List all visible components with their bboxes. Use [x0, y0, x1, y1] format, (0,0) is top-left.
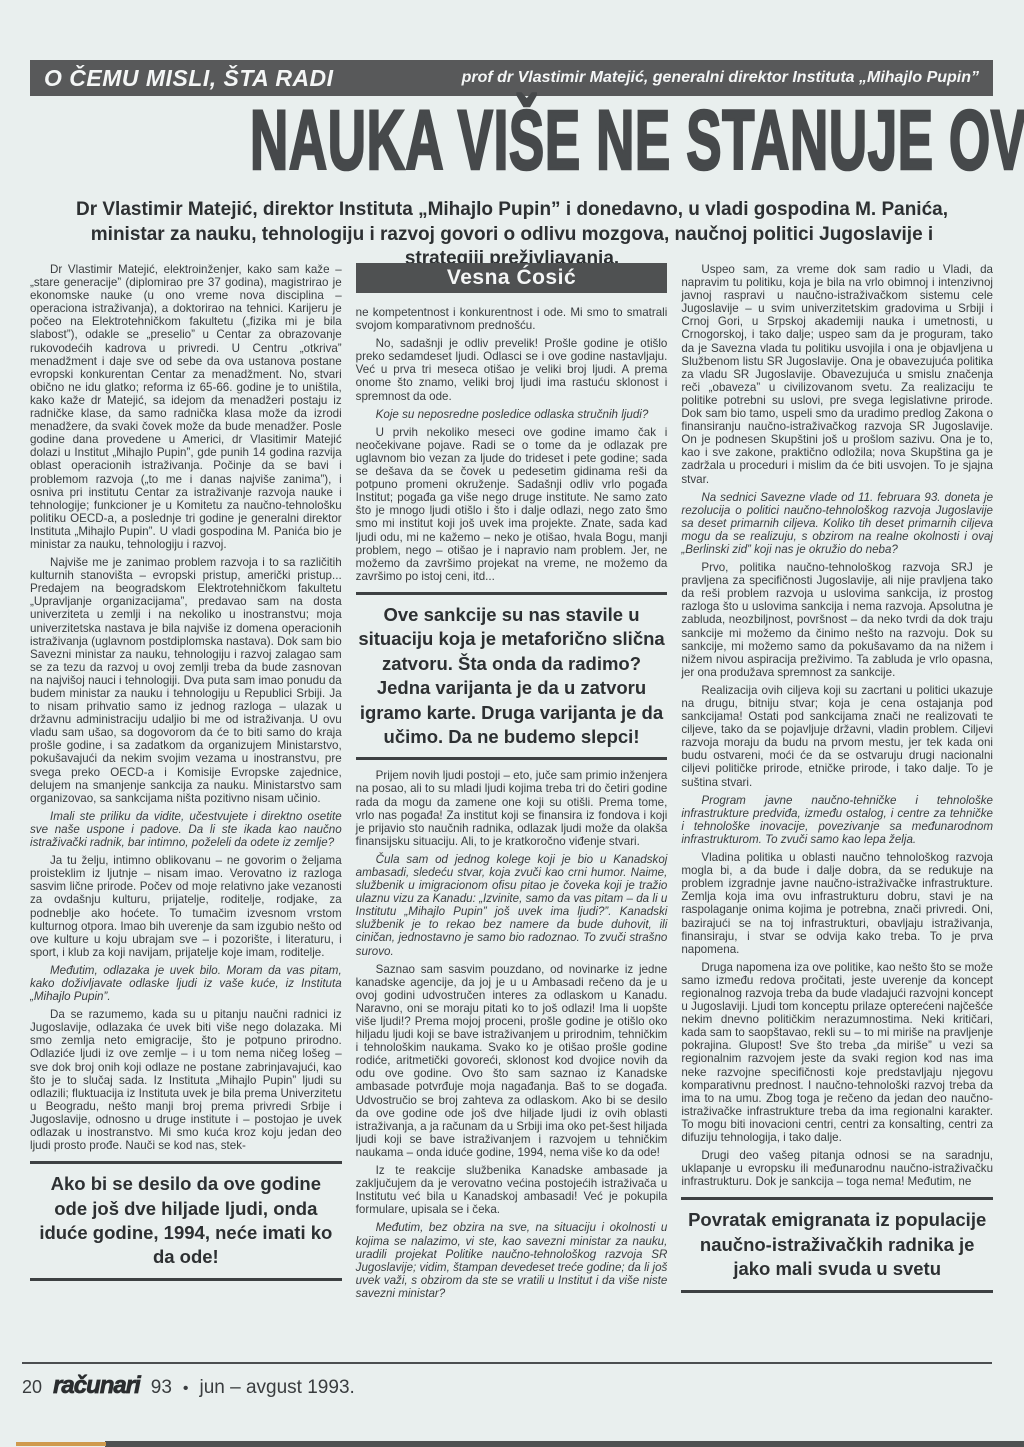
issue-date: jun – avgust 1993.: [200, 1377, 355, 1399]
pull-quote: Ako bi se desilo da ove godine ode još d…: [30, 1161, 342, 1281]
issue-number: 93: [151, 1377, 172, 1399]
interview-question: Koje su neposredne posledice odlaska str…: [356, 408, 668, 421]
bullet-separator: •: [183, 1380, 189, 1398]
pull-quote: Ove sankcije su nas stavile u situaciju …: [356, 592, 668, 760]
magazine-page-scan: O ČEMU MISLI, ŠTA RADI prof dr Vlastimir…: [0, 0, 1024, 1447]
page-footer: 20 računari 93 • jun – avgust 1993.: [22, 1372, 355, 1400]
article-columns: Dr Vlastimir Matejić, elektroinženjer, k…: [30, 263, 993, 1363]
section-label: O ČEMU MISLI, ŠTA RADI: [44, 65, 334, 92]
interview-question: Program javne naučno-tehničke i tehnološ…: [681, 794, 993, 846]
article-paragraph: Druga napomena iza ove politike, kao neš…: [681, 961, 993, 1144]
article-paragraph: ne kompetentnost i konkurentnost i ode. …: [356, 306, 668, 332]
magazine-logo: računari: [53, 1372, 140, 1400]
article-paragraph: Da se razumemo, kada su u pitanju naučni…: [30, 1008, 342, 1152]
header-bar: O ČEMU MISLI, ŠTA RADI prof dr Vlastimir…: [30, 60, 993, 96]
byline-bar: Vesna Ćosić: [356, 263, 668, 293]
column-left: Dr Vlastimir Matejić, elektroinženjer, k…: [30, 263, 342, 1363]
article-paragraph: Iz te reakcije službenika Kanadske ambas…: [356, 1164, 668, 1216]
article-paragraph: Uspeo sam, za vreme dok sam radio u Vlad…: [681, 263, 993, 486]
article-paragraph: Ja tu želju, intimno oblikovanu – ne gov…: [30, 854, 342, 959]
footer-rule: [22, 1362, 992, 1364]
article-paragraph: Prvo, politika naučno-tehnološkog razvoj…: [681, 561, 993, 679]
article-deck: Dr Vlastimir Matejić, direktor Instituta…: [58, 198, 966, 272]
article-paragraph: Drugi deo vašeg pitanja odnosi se na sar…: [681, 1149, 993, 1188]
interview-question: Međutim, odlazaka je uvek bilo. Moram da…: [30, 964, 342, 1003]
article-paragraph: No, sadašnji je odliv prevelik! Prošle g…: [356, 337, 668, 402]
article-paragraph: Prijem novih ljudi postoji – eto, juče s…: [356, 769, 668, 848]
article-paragraph: Vladina politika u oblasti naučno tehnol…: [681, 851, 993, 956]
interview-question: Čula sam od jednog kolege koji je bio u …: [356, 853, 668, 958]
pull-quote: Povratak emigranata iz populacije naučno…: [681, 1197, 993, 1292]
scan-edge-orange: [16, 1442, 106, 1446]
column-middle: Vesna Ćosić ne kompetentnost i konkurent…: [356, 263, 668, 1363]
headline-wrap: NAUKA VIŠE NE STANUJE OVDE: [0, 98, 1024, 182]
interview-question: Imali ste priliku da vidite, učestvujete…: [30, 810, 342, 849]
interview-question: Na sednici Savezne vlade od 11. februara…: [681, 491, 993, 556]
article-paragraph: Najviše me je zanimao problem razvoja i …: [30, 556, 342, 805]
column-middle-body: ne kompetentnost i konkurentnost i ode. …: [356, 306, 668, 1300]
article-headline: NAUKA VIŠE NE STANUJE OVDE: [250, 98, 1024, 182]
article-paragraph: U prvih nekoliko meseci ove godine imamo…: [356, 426, 668, 583]
column-right: Uspeo sam, za vreme dok sam radio u Vlad…: [681, 263, 993, 1363]
article-paragraph: Dr Vlastimir Matejić, elektroinženjer, k…: [30, 263, 342, 551]
scan-edge-dark: [105, 1441, 1024, 1447]
interview-question: Međutim, bez obzira na sve, na situaciju…: [356, 1221, 668, 1300]
page-number: 20: [22, 1377, 42, 1398]
article-paragraph: Saznao sam sasvim pouzdano, od novinarke…: [356, 963, 668, 1159]
header-kicker: prof dr Vlastimir Matejić, generalni dir…: [462, 69, 979, 87]
article-paragraph: Realizacija ovih ciljeva koji su zacrtan…: [681, 684, 993, 789]
